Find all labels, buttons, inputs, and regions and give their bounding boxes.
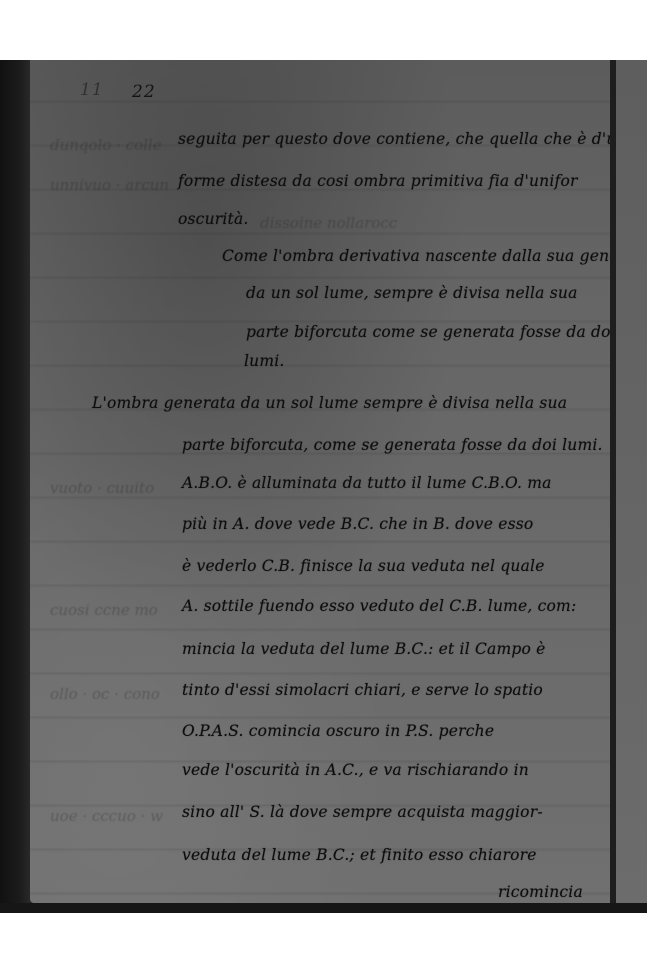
- bleed-through-line: unnivuo · arcun: [50, 176, 169, 194]
- manuscript-line: più in A. dove vede B.C. che in B. dove …: [182, 515, 533, 533]
- manuscript-line: A.B.O. è alluminata da tutto il lume C.B…: [182, 474, 552, 492]
- manuscript-line: oscurità.: [178, 210, 249, 228]
- manuscript-scan: 11 22 dunqolo · colleunnivuo · arcundiss…: [0, 60, 647, 913]
- manuscript-line: L'ombra generata da un sol lume sempre è…: [92, 394, 567, 412]
- manuscript-line: ricomincia: [498, 883, 583, 901]
- manuscript-line: vede l'oscurità in A.C., e va rischiaran…: [182, 761, 529, 779]
- manuscript-line: parte biforcuta, come se generata fosse …: [182, 436, 603, 454]
- bleed-through-line: ollo · oc · cono: [50, 685, 160, 703]
- page-number-faint: 11: [80, 80, 104, 100]
- bleed-through-line: vuoto · cuuito: [50, 479, 154, 497]
- manuscript-line: tinto d'essi simolacri chiari, e serve l…: [182, 681, 543, 699]
- bleed-through-line: uoe · cccuo · w: [50, 807, 163, 825]
- manuscript-line: da un sol lume, sempre è divisa nella su…: [246, 284, 578, 302]
- manuscript-line: forme distesa da cosi ombra primitiva fi…: [178, 172, 578, 190]
- manuscript-page: 11 22 dunqolo · colleunnivuo · arcundiss…: [30, 60, 612, 903]
- manuscript-line: sino all' S. là dove sempre acquista mag…: [182, 803, 543, 821]
- manuscript-line: Come l'ombra derivativa nascente dalla s…: [222, 247, 612, 265]
- manuscript-line: mincia la veduta del lume B.C.: et il Ca…: [182, 640, 546, 658]
- manuscript-line: lumi.: [244, 352, 285, 370]
- manuscript-line: veduta del lume B.C.; et finito esso chi…: [182, 846, 537, 864]
- scan-bottom-edge: [0, 903, 647, 913]
- bleed-through-line: cuosi ccne mo: [50, 601, 158, 619]
- manuscript-line: parte biforcuta come se generata fosse d…: [246, 323, 612, 341]
- book-binding: [0, 60, 34, 913]
- page-number: 22: [132, 82, 156, 102]
- bleed-through-line: dissoine nollarocc: [260, 214, 397, 232]
- adjacent-page-edge: [616, 60, 647, 903]
- bleed-through-line: dunqolo · colle: [50, 136, 162, 154]
- manuscript-line: è vederlo C.B. finisce la sua veduta nel…: [182, 557, 545, 575]
- manuscript-line: A. sottile fuendo esso veduto del C.B. l…: [182, 597, 576, 615]
- manuscript-line: seguita per questo dove contiene, che qu…: [178, 130, 612, 148]
- manuscript-line: O.P.A.S. comincia oscuro in P.S. perche: [182, 722, 494, 740]
